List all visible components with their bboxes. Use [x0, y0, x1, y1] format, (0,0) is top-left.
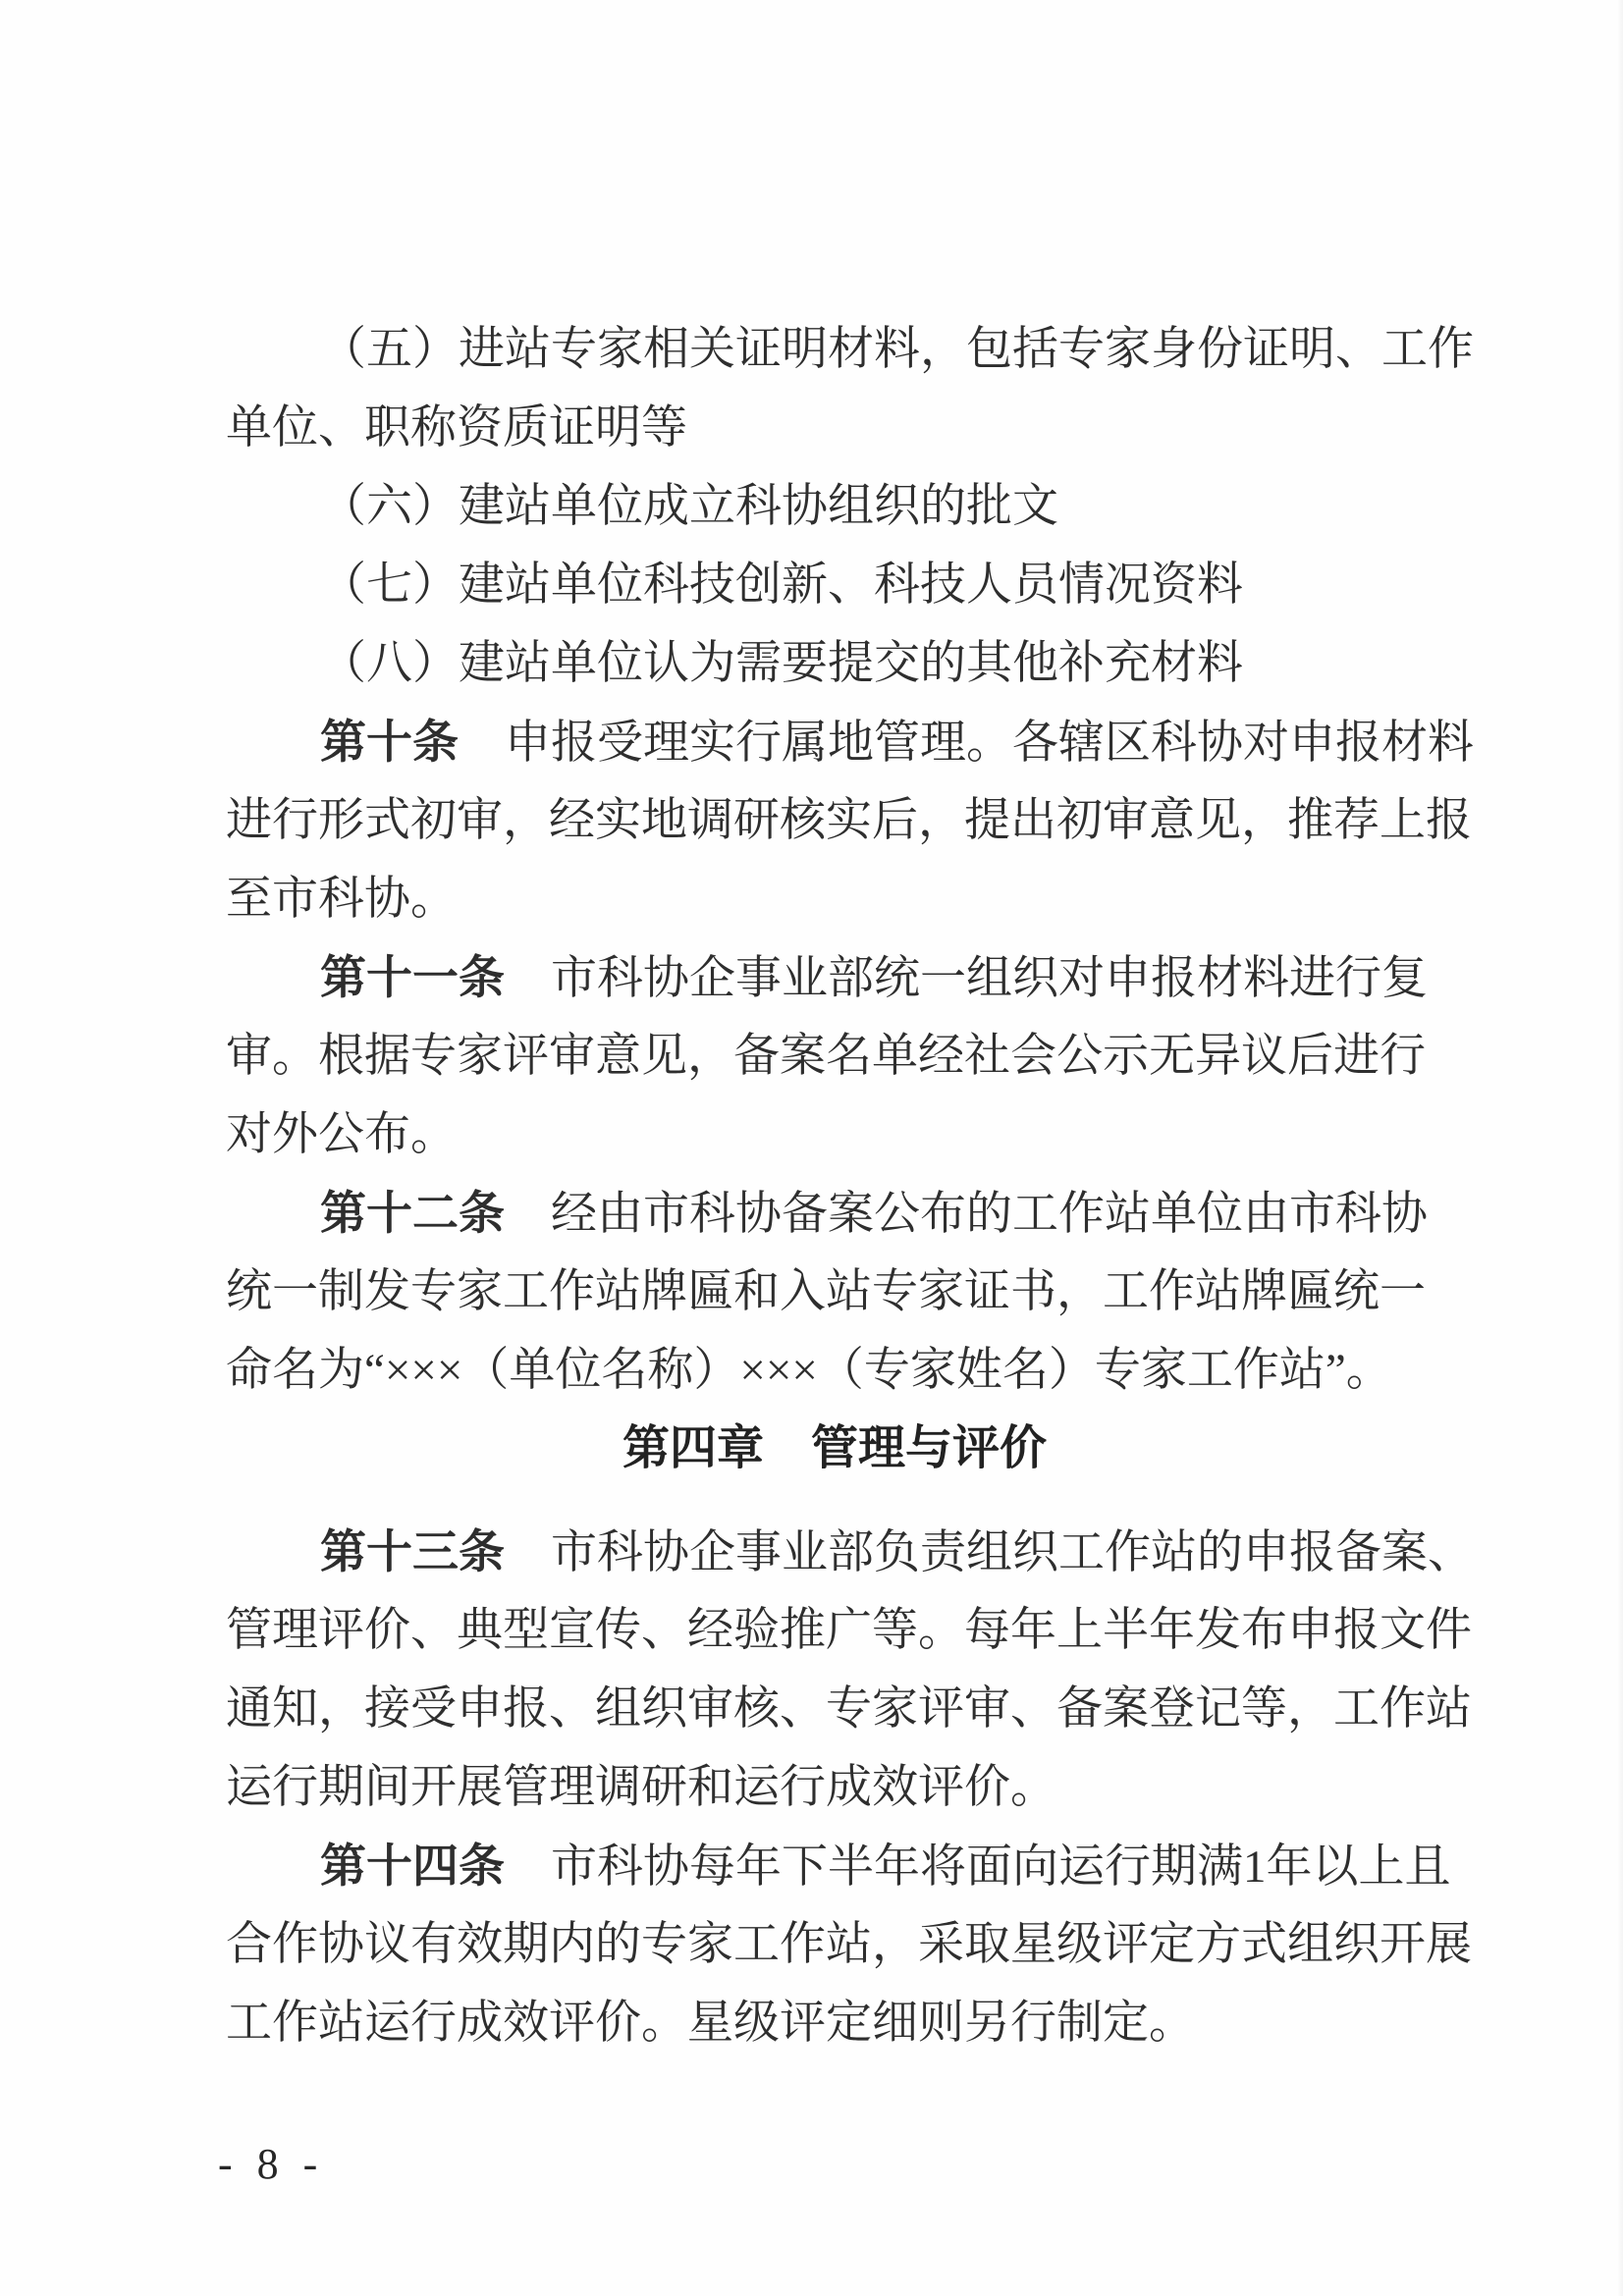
- text-line: （五）进站专家相关证明材料，包括专家身份证明、工作: [226, 310, 1443, 389]
- text-run: （六）建站单位成立科协组织的批文: [320, 481, 1058, 532]
- text-run: 市科协企事业部统一组织对申报材料进行复: [505, 953, 1428, 1004]
- text-run: 工作站运行成效评价。星级评定细则另行制定。: [226, 1998, 1195, 2049]
- text-line: 对外公布。: [226, 1095, 1443, 1174]
- text-run: 申报受理实行属地管理。各辖区科协对申报材料: [459, 718, 1474, 769]
- text-run: （七）建站单位科技创新、科技人员情况资料: [320, 560, 1243, 611]
- text-line: 至市科协。: [226, 860, 1443, 938]
- text-line: 运行期间开展管理调研和运行成效评价。: [226, 1748, 1443, 1827]
- text-run: 进行形式初审，经实地调研核实后，提出初审意见，推荐上报: [226, 795, 1472, 846]
- scan-edge-shading: [1617, 0, 1623, 2296]
- text-run: 审。根据专家评审意见，备案名单经社会公示无异议后进行: [226, 1031, 1426, 1082]
- text-line: 第十四条 市科协每年下半年将面向运行期满1年以上且: [226, 1827, 1443, 1905]
- text-line: 进行形式初审，经实地调研核实后，提出初审意见，推荐上报: [226, 781, 1443, 860]
- text-run: 合作协议有效期内的专家工作站，采取星级评定方式组织开展: [226, 1919, 1472, 1970]
- text-run: 至市科协。: [226, 874, 457, 925]
- text-run: 统一制发专家工作站牌匾和入站专家证书，工作站牌匾统一: [226, 1266, 1426, 1317]
- text-line: 命名为“×××（单位名称）×××（专家姓名）专家工作站”。: [226, 1331, 1443, 1410]
- article-number: 第十一条: [320, 951, 505, 1003]
- text-line: （八）建站单位认为需要提交的其他补充材料: [226, 624, 1443, 703]
- text-run: （八）建站单位认为需要提交的其他补充材料: [320, 638, 1243, 689]
- text-line: 第十二条 经由市科协备案公布的工作站单位由市科协: [226, 1174, 1443, 1253]
- text-line: （六）建站单位成立科协组织的批文: [226, 467, 1443, 546]
- text-run: 经由市科协备案公布的工作站单位由市科协: [505, 1189, 1428, 1240]
- article-number: 第十三条: [320, 1525, 505, 1577]
- page-number: - 8 -: [218, 2141, 319, 2188]
- article-number: 第十二条: [320, 1187, 505, 1239]
- text-line: 第十一条 市科协企事业部统一组织对申报材料进行复: [226, 938, 1443, 1017]
- text-line: 第十三条 市科协企事业部负责组织工作站的申报备案、: [226, 1513, 1443, 1591]
- text-line: 合作协议有效期内的专家工作站，采取星级评定方式组织开展: [226, 1905, 1443, 1984]
- text-run: 管理评价、典型宣传、经验推广等。每年上半年发布申报文件: [226, 1605, 1472, 1656]
- text-line: 第十条 申报受理实行属地管理。各辖区科协对申报材料: [226, 703, 1443, 781]
- text-run: 市科协企事业部负责组织工作站的申报备案、: [505, 1527, 1474, 1578]
- chapter-heading: 第四章 管理与评价: [226, 1410, 1443, 1488]
- text-line: 单位、职称资质证明等: [226, 389, 1443, 467]
- text-run: （五）进站专家相关证明材料，包括专家身份证明、工作: [320, 324, 1474, 375]
- text-line: 工作站运行成效评价。星级评定细则另行制定。: [226, 1984, 1443, 2062]
- text-run: 单位、职称资质证明等: [226, 402, 687, 454]
- article-number: 第十条: [320, 716, 459, 768]
- text-line: （七）建站单位科技创新、科技人员情况资料: [226, 546, 1443, 624]
- text-run: 市科协每年下半年将面向运行期满1年以上且: [505, 1842, 1451, 1893]
- text-run: 命名为“×××（单位名称）×××（专家姓名）专家工作站”。: [226, 1345, 1392, 1396]
- text-line: 管理评价、典型宣传、经验推广等。每年上半年发布申报文件: [226, 1591, 1443, 1670]
- text-line: 审。根据专家评审意见，备案名单经社会公示无异议后进行: [226, 1017, 1443, 1095]
- text-line: 通知，接受申报、组织审核、专家评审、备案登记等，工作站: [226, 1670, 1443, 1748]
- text-run: 对外公布。: [226, 1109, 457, 1160]
- text-run: 运行期间开展管理调研和运行成效评价。: [226, 1762, 1056, 1813]
- text-line: 统一制发专家工作站牌匾和入站专家证书，工作站牌匾统一: [226, 1253, 1443, 1331]
- text-run: 通知，接受申报、组织审核、专家评审、备案登记等，工作站: [226, 1683, 1472, 1735]
- document-page: （五）进站专家相关证明材料，包括专家身份证明、工作单位、职称资质证明等（六）建站…: [0, 0, 1623, 2296]
- document-lines: （五）进站专家相关证明材料，包括专家身份证明、工作单位、职称资质证明等（六）建站…: [226, 310, 1443, 2062]
- article-number: 第十四条: [320, 1840, 505, 1892]
